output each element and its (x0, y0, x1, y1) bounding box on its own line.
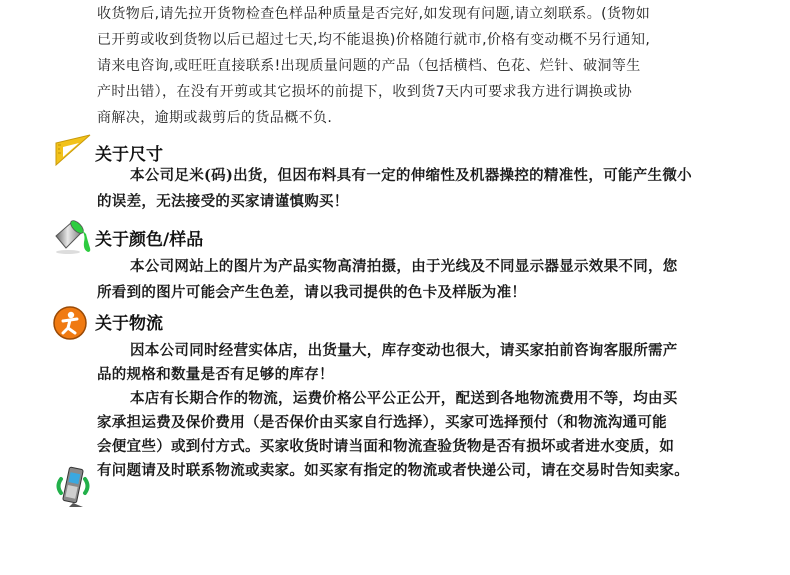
intro-line: 请来电咨询,或旺旺直接联系!出现质量问题的产品（包括横档、色花、烂针、破洞等生 (97, 53, 641, 79)
section-title: 关于物流 (95, 313, 163, 335)
intro-line: 收货物后,请先拉开货物检查色样品种质量是否完好,如发现有问题,请立刻联系。(货物… (97, 1, 650, 27)
intro-line: 商解决，逾期或裁剪后的货品概不负. (97, 105, 332, 131)
partial-circle-icon (52, 0, 78, 8)
intro-line: 已开剪或收到货物以后已超过七天,均不能退换)价格随行就市,价格有变动概不另行通知… (97, 27, 650, 53)
section-line: 家承担运费及保价费用（是否保价由买家自行选择），买家可选择预付（和物流沟通可能 (97, 410, 667, 436)
section-line: 本公司网站上的图片为产品实物高清拍摄，由于光线及不同显示器显示效果不同，您 (130, 254, 678, 280)
section-line: 本公司足米(码)出货，但因布料具有一定的伸缩性及机器操控的精准性，可能产生微小 (130, 163, 692, 189)
section-line: 品的规格和数量是否有足够的库存！ (97, 362, 334, 388)
section-line: 的误差，无法接受的买家请谨慎购买！ (97, 189, 349, 215)
paint-bucket-icon (50, 218, 94, 256)
logistics-person-icon (53, 306, 87, 340)
section-line: 因本公司同时经营实体店，出货量大，库存变动也很大，请买家拍前咨询客服所需产 (130, 338, 678, 364)
intro-line: 产时出错），在没有开剪或其它损坏的前提下，收到货7天内可要求我方进行调换或协 (97, 79, 632, 105)
section-line: 会便宜些）或到付方式。买家收货时请当面和物流查验货物是否有损坏或者进水变质，如 (97, 434, 674, 460)
mobile-phone-icon (55, 465, 91, 509)
section-line: 有问题请及时联系物流或卖家。如买家有指定的物流或者快递公司，请在交易时告知卖家。 (97, 458, 689, 484)
section-line: 所看到的图片可能会产生色差，请以我司提供的色卡及样版为准！ (97, 280, 526, 306)
section-title: 关于颜色/样品 (95, 229, 203, 251)
section-line: 本店有长期合作的物流，运费价格公平公正公开，配送到各地物流费用不等，均由买 (130, 386, 678, 412)
triangle-ruler-icon (52, 131, 92, 167)
